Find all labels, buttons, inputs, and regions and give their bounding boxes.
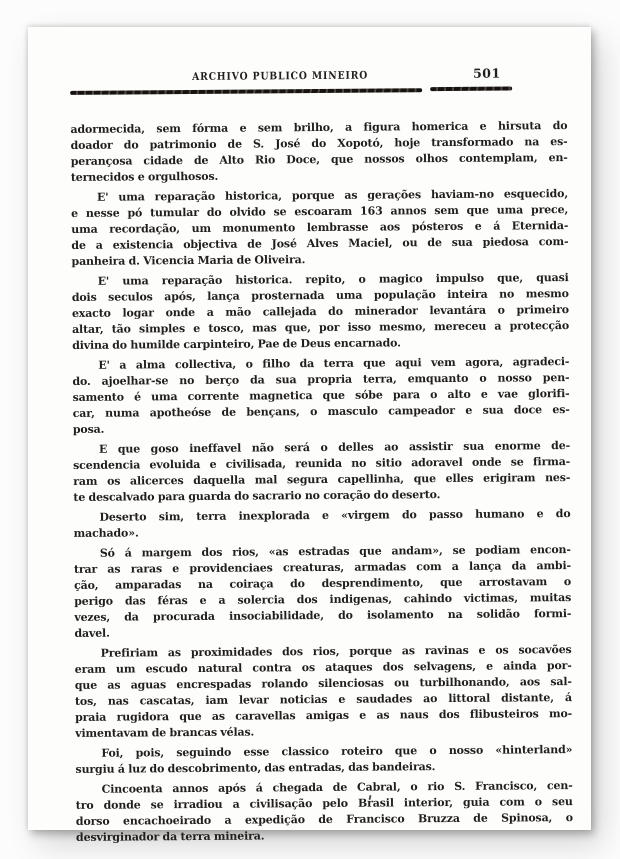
paragraph: E' a alma collectiva, o filho da terra q… xyxy=(72,354,570,438)
text-line: panheira d. Vicencia Maria de Oliveira. xyxy=(71,250,568,270)
paragraph: Cincoenta annos após á chegada de Cabral… xyxy=(76,778,573,846)
page-body: adormecida, sem fórma e sem brilho, a fi… xyxy=(70,118,573,846)
paragraph: Deserto sim, terra inexplorada e «virgem… xyxy=(73,506,570,542)
page-number: 501 xyxy=(473,66,501,81)
document-page: ARCHIVO PUBLICO MINEIRO 501 adormecida, … xyxy=(28,27,591,830)
paragraph: Foi, pois, seguindo esse classico roteir… xyxy=(75,742,572,778)
text-line: desvirginador da terra mineira. xyxy=(76,826,573,846)
text-line: te descalvado para guarda do sacrario no… xyxy=(73,486,570,506)
scan-background: ARCHIVO PUBLICO MINEIRO 501 adormecida, … xyxy=(0,0,620,859)
paragraph: Prefiriam as proximidades dos rios, porq… xyxy=(75,642,573,742)
text-line: ternecidos e orgulhosos. xyxy=(71,166,568,186)
paragraph: adormecida, sem fórma e sem brilho, a fi… xyxy=(70,118,567,186)
page-content: ARCHIVO PUBLICO MINEIRO 501 adormecida, … xyxy=(70,67,573,846)
text-line: divina do humilde carpinteiro, Pae de De… xyxy=(72,334,569,354)
text-line: surgiu á luz do descobrimento, das entra… xyxy=(75,758,572,778)
header-rule-long xyxy=(70,88,422,94)
text-line: vimentavam de brancas vélas. xyxy=(75,722,572,742)
paragraph: E' uma reparação historica. repito, o ma… xyxy=(72,270,570,354)
paragraph: Só á margem dos rios, «as estradas que a… xyxy=(74,542,572,642)
header-title: ARCHIVO PUBLICO MINEIRO xyxy=(192,70,368,83)
paragraph: E que goso ineffavel não será o delles a… xyxy=(73,438,570,506)
header-rule-short xyxy=(430,86,512,90)
paragraph: E' uma reparação historica, porque as ge… xyxy=(71,186,569,270)
page-header: ARCHIVO PUBLICO MINEIRO 501 xyxy=(70,67,567,97)
